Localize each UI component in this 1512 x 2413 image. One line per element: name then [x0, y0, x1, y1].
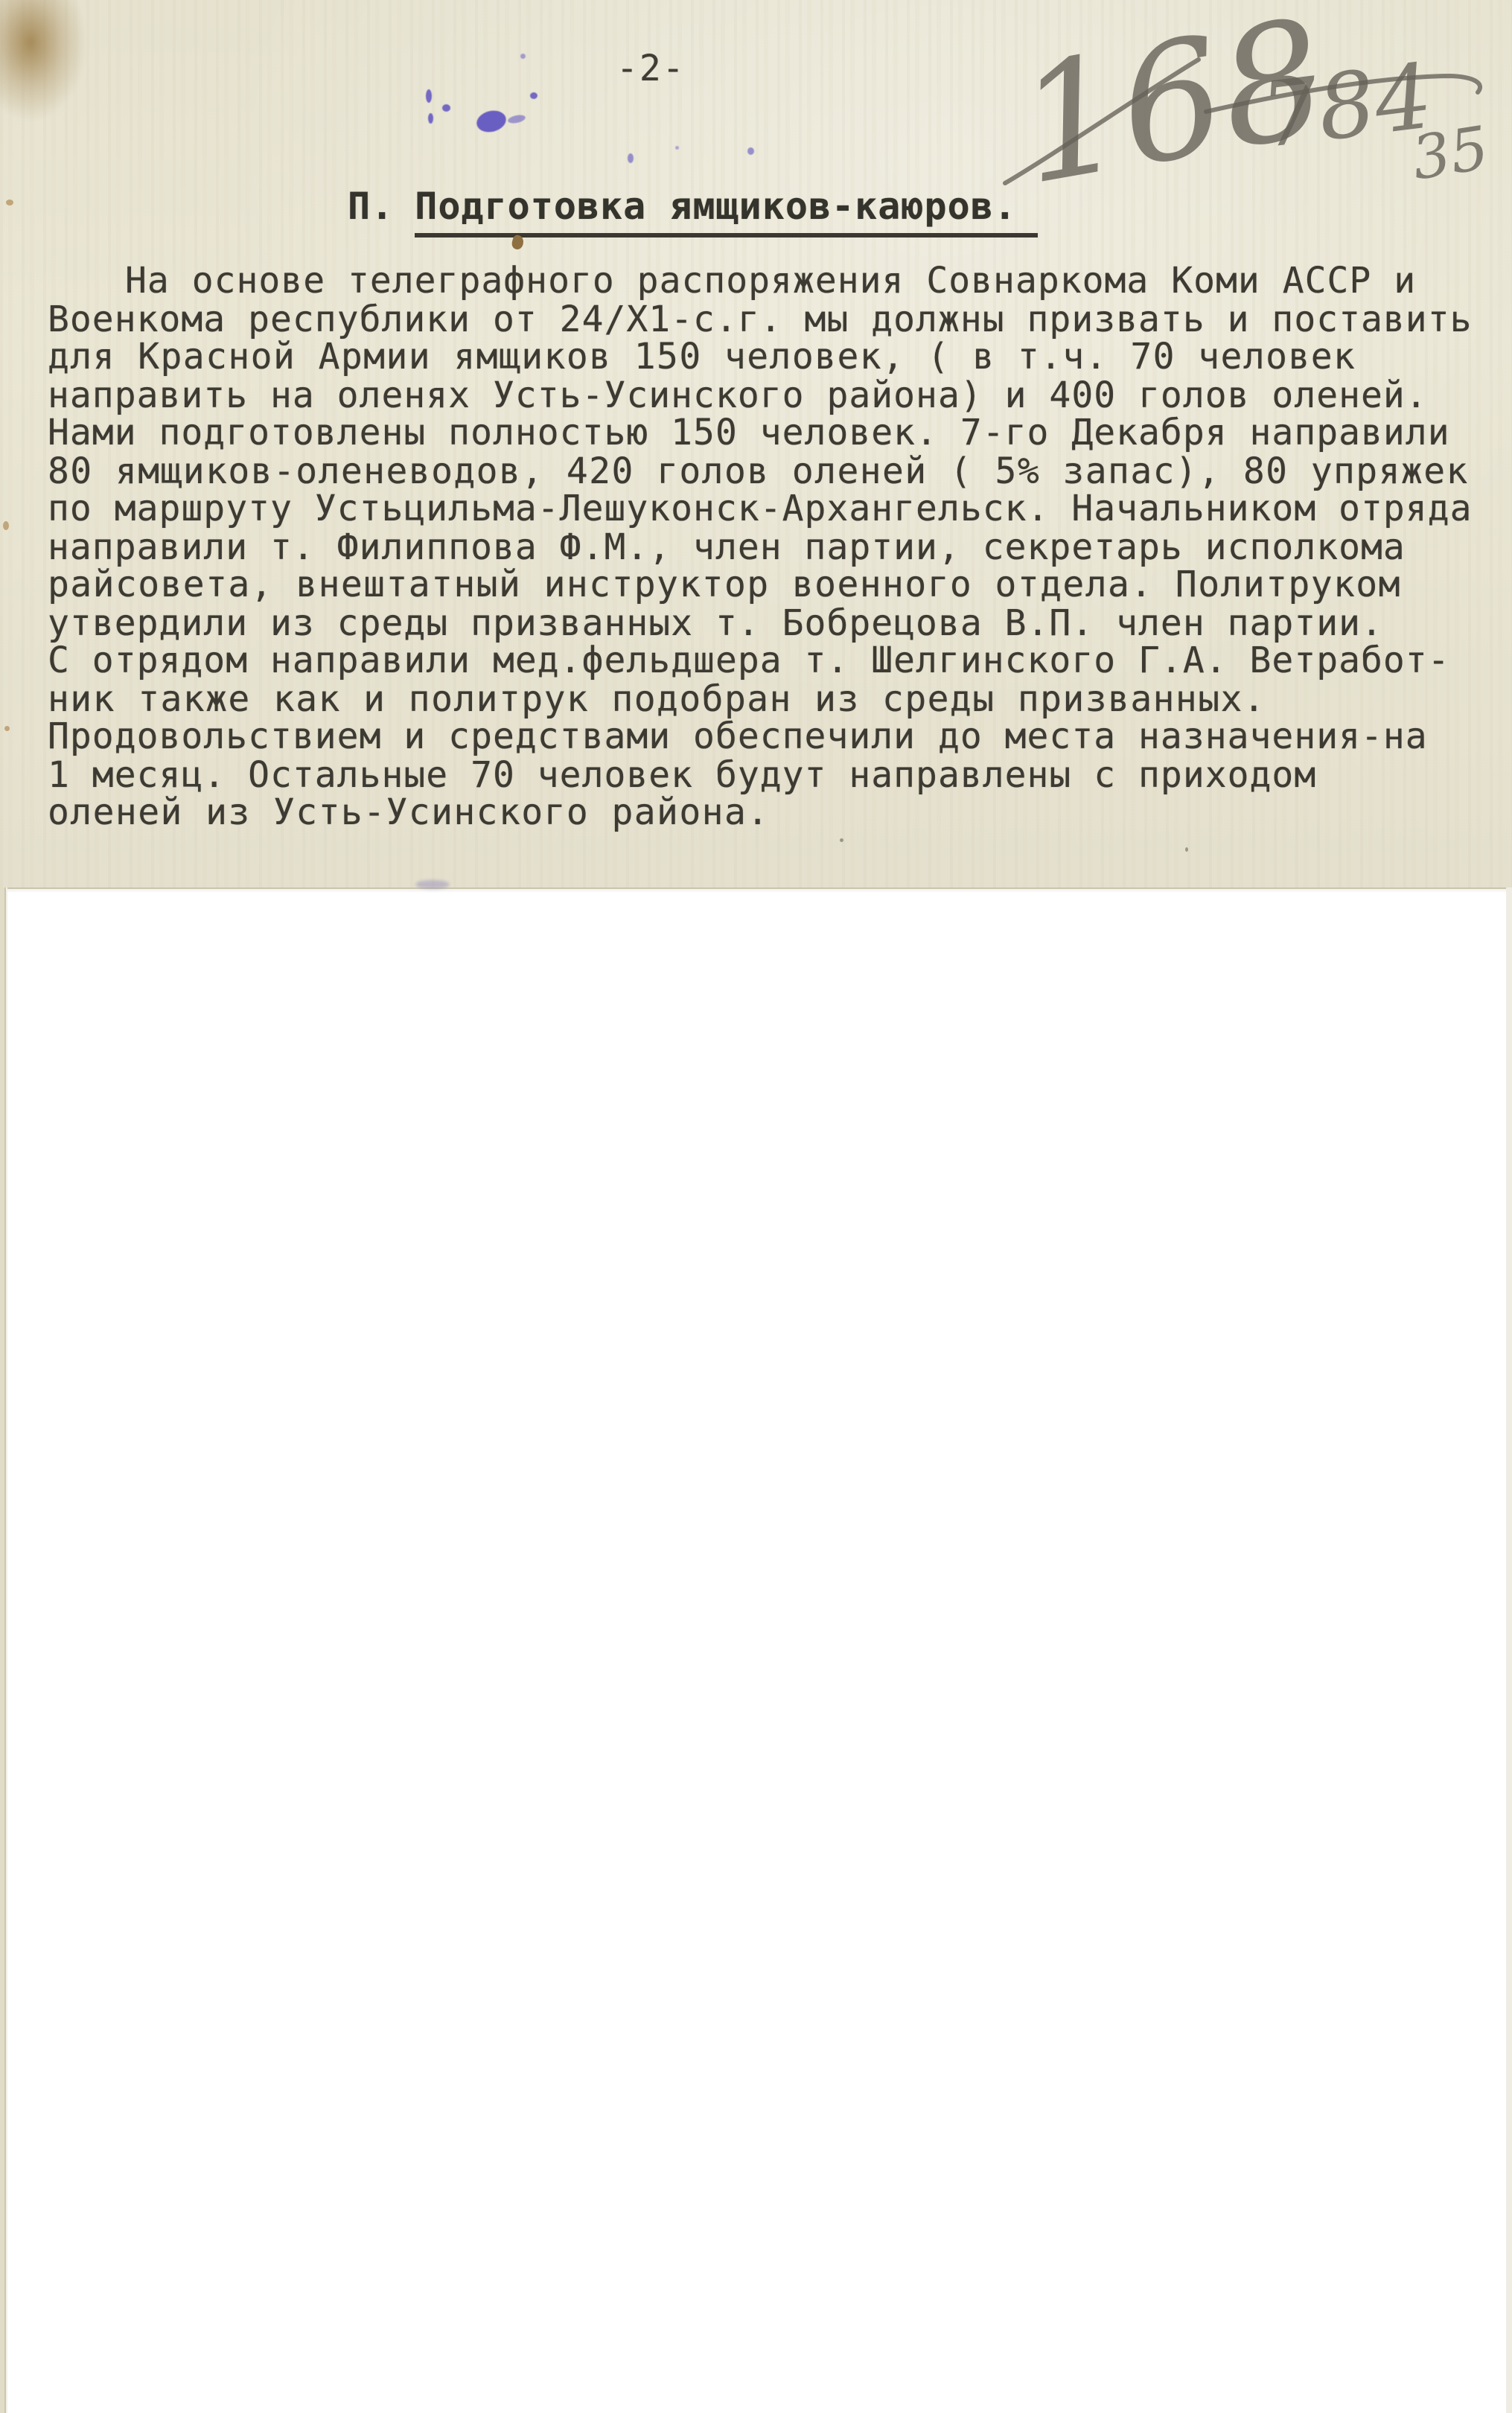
pencil-annotation-layer: 168 784 35	[0, 0, 1512, 887]
handwritten-number-35: 35	[1407, 113, 1493, 194]
scanned-page: -2- П.Подготовка ямщиков-каюров. На осно…	[0, 0, 1512, 889]
scan-edge-strip-left	[0, 887, 7, 2413]
handwritten-784-text: 784	[1256, 45, 1438, 168]
ink-smudge-bottom-edge	[415, 880, 450, 889]
handwritten-35-text: 35	[1407, 113, 1493, 194]
scan-edge-strip-right	[1506, 887, 1512, 2413]
